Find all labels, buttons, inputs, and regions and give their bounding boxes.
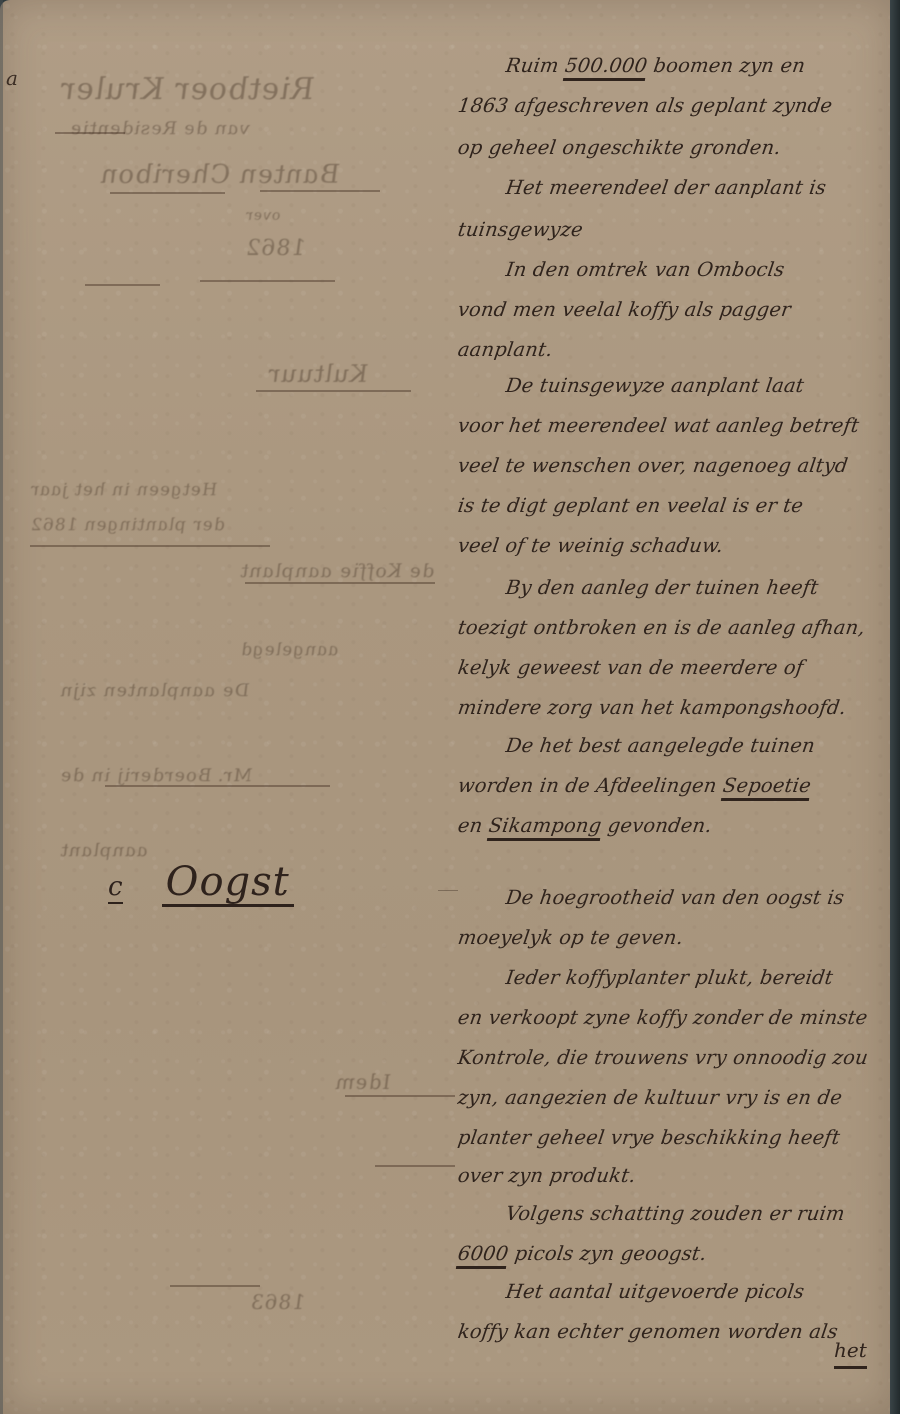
bleed-through-line: De aanplanten zijn	[57, 680, 253, 701]
text-line: is te digt geplant en veelal is er te	[456, 494, 804, 517]
text-line: planter geheel vrye beschikking heeft	[456, 1126, 841, 1149]
catchword: het	[834, 1338, 867, 1369]
bleed-through-line: Rietboer Kruler	[54, 72, 319, 107]
text-line: In den omtrek van Ombocls	[504, 258, 786, 281]
text-line: veel te wenschen over, nagenoeg altyd	[456, 454, 849, 477]
bleed-through-line: Idem	[331, 1070, 394, 1094]
text-line: De het best aangelegde tuinen	[504, 734, 816, 757]
bleed-through-rule	[260, 190, 380, 192]
text-line: De hoegrootheid van den oogst is	[504, 886, 845, 909]
underlined-place-name: Sikampong	[487, 814, 603, 841]
text-line: en Sikampong gevonden.	[456, 814, 713, 837]
underlined-place-name: Sepoetie	[721, 774, 813, 801]
text-line: Het aantal uitgevoerde picols	[504, 1280, 805, 1303]
bleed-through-line: Hetgeen in het jaar	[27, 480, 220, 500]
margin-mark: a	[6, 66, 18, 90]
text-line: tuinsgewyze	[456, 218, 584, 241]
text-line: veel of te weinig schaduw.	[456, 534, 724, 557]
bleed-through-column: Rietboer Kruler van de Residentie Banten…	[0, 0, 460, 1414]
text-line: Ieder koffyplanter plukt, bereidt	[504, 966, 834, 989]
manuscript-page: Rietboer Kruler van de Residentie Banten…	[0, 0, 892, 1414]
bleed-through-line: 1863	[246, 1290, 309, 1314]
text-line: mindere zorg van het kampongshoofd.	[456, 696, 847, 719]
bleed-through-line: de Koffie aanplant	[236, 560, 437, 582]
section-heading: c Oogst	[108, 862, 294, 907]
text-line: 1863 afgeschreven als geplant zynde	[456, 94, 833, 117]
bleed-through-line: van de Residentie	[67, 118, 254, 139]
text-line: worden in de Afdeelingen Sepoetie	[456, 774, 812, 797]
text-line: op geheel ongeschikte gronden.	[456, 136, 782, 159]
page-right-edge	[890, 0, 900, 1414]
bleed-through-rule	[200, 280, 335, 282]
bleed-through-rule	[85, 284, 160, 286]
bleed-through-rule	[245, 582, 435, 584]
text-line: over zyn produkt.	[456, 1164, 637, 1187]
text-line: De tuinsgewyze aanplant laat	[504, 374, 805, 397]
text-line: Volgens schatting zouden er ruim	[504, 1202, 846, 1225]
text-line: kelyk geweest van de meerdere of	[456, 656, 805, 679]
text-line: moeyelyk op te geven.	[456, 926, 684, 949]
text-line: aanplant.	[456, 338, 554, 361]
text-line: Het meerendeel der aanplant is	[504, 176, 827, 199]
text-line: 6000 picols zyn geoogst.	[456, 1242, 708, 1265]
section-letter: c	[108, 874, 123, 904]
bleed-through-line: 1862	[241, 236, 309, 261]
text-line: Ruim 500.000 boomen zyn en	[504, 54, 806, 77]
bleed-through-line: aangelegd	[237, 640, 342, 660]
bleed-through-rule	[30, 545, 270, 547]
underlined-figure: 500.000	[563, 54, 649, 81]
bleed-through-rule	[256, 390, 411, 392]
text-line: voor het meerendeel wat aanleg betreft	[456, 414, 860, 437]
bleed-through-line: aanplant	[57, 840, 152, 861]
text-line: en verkoopt zyne koffy zonder de minste	[456, 1006, 869, 1029]
text-line: koffy kan echter genomen worden als	[456, 1320, 839, 1343]
section-title: Oogst	[162, 862, 294, 907]
text-line: vond men veelal koffy als pagger	[456, 298, 792, 321]
bleed-through-line: Banten Cheribon	[95, 160, 344, 190]
text-line: By den aanleg der tuinen heeft	[504, 576, 820, 599]
text-line: zyn, aangezien de kultuur vry is en de	[456, 1086, 843, 1109]
text-line: Kontrole, die trouwens vry onnoodig zou	[456, 1046, 869, 1069]
text-line: toezigt ontbroken en is de aanleg afhan,	[456, 616, 866, 639]
bleed-through-rule	[345, 1095, 455, 1097]
bleed-through-line: Mr. Boerderij in de	[57, 765, 256, 786]
bleed-through-rule	[55, 132, 125, 134]
underlined-figure: 6000	[456, 1242, 510, 1269]
bleed-through-rule	[170, 1285, 260, 1287]
pencil-line	[438, 890, 458, 891]
bleed-through-line: Kultuur	[263, 360, 372, 388]
bleed-through-rule	[110, 192, 225, 194]
bleed-through-line: der plantingen 1862	[27, 515, 228, 535]
bleed-through-line: over	[242, 208, 283, 224]
bleed-through-rule	[375, 1165, 455, 1167]
bleed-through-rule	[105, 785, 330, 787]
